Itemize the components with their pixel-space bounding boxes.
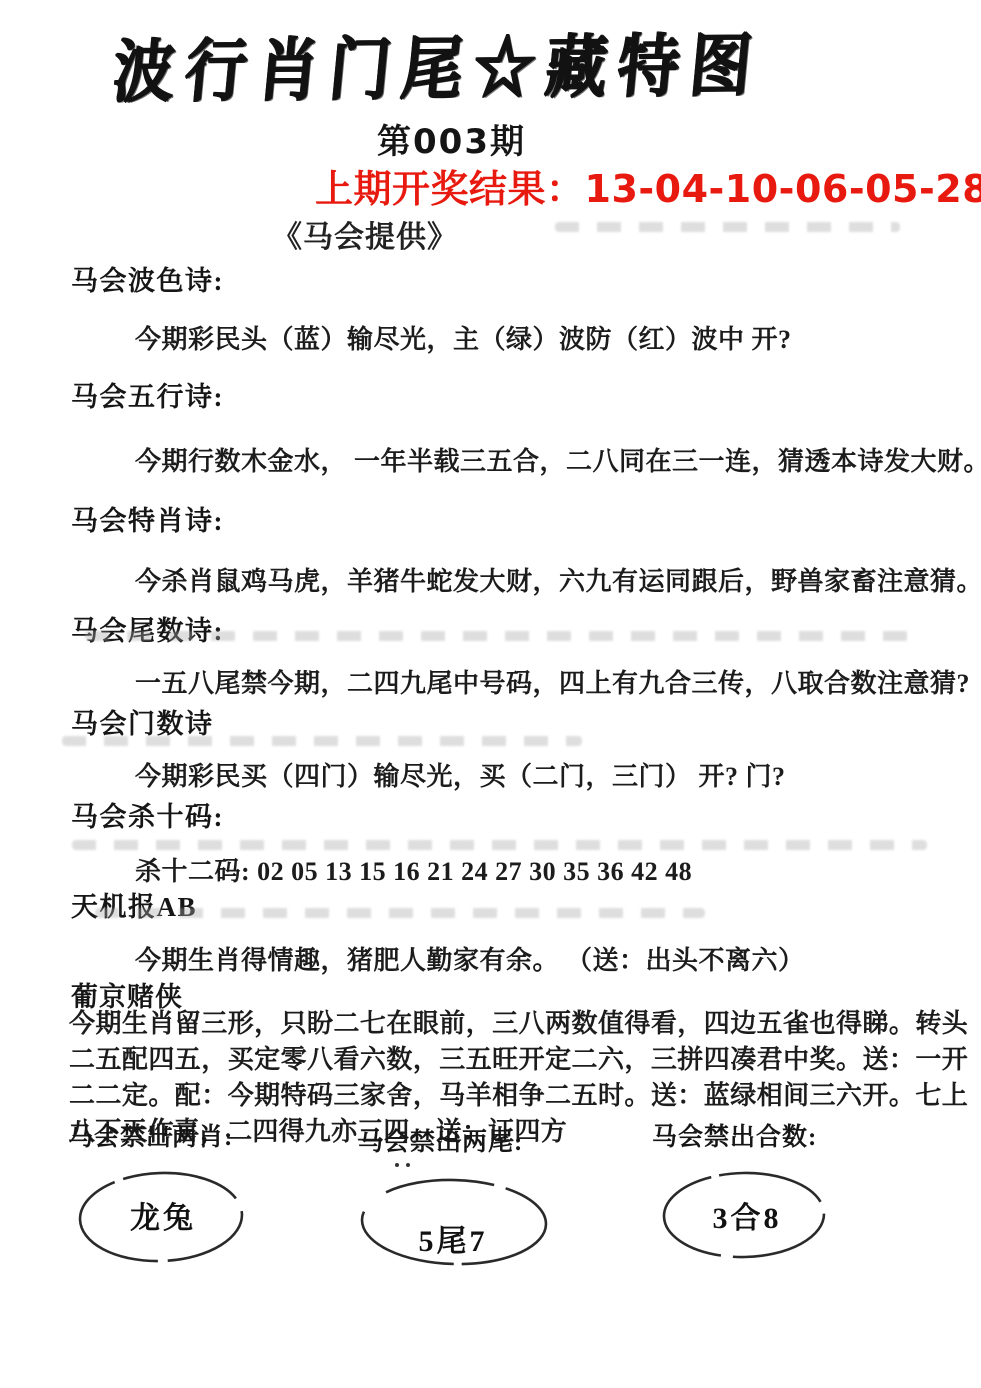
hand-drawn-oval: 3合8 (652, 1167, 852, 1267)
forbidden-tail-value: 5尾7 (358, 1176, 548, 1286)
section-poem-wuxing: 今期行数木金水， 一年半载三五合，二八同在三一连，猜透本诗发大财。 解（？） (135, 441, 981, 478)
section-poem-texiao: 今杀肖鼠鸡马虎，羊猪牛蛇发大财，六九有运同跟后，野兽家畜注意猜。 开? (135, 561, 981, 598)
section-heading-bose: 马会波色诗: (71, 259, 224, 298)
whiteout-smudge (555, 222, 900, 232)
section-poem-menshu: 今期彩民买（四门）输尽光，买（二门，三门） 开? 门? (135, 756, 786, 793)
forbidden-tail-label: 马会禁出两尾: (358, 1122, 568, 1158)
forbidden-zodiac-label: 马会禁出两肖: (68, 1117, 278, 1153)
section-heading-tianjibao: 天机报AB (71, 885, 197, 924)
issue-number: 第003期 (377, 114, 526, 163)
section-poem-tianjibao: 今期生肖得情趣，猪肥人勤家有余。 （送：出头不离六） (135, 940, 805, 977)
forbidden-sum-block: 马会禁出合数: 3合8 (652, 1117, 862, 1277)
forbidden-zodiac-value: 龙兔 (68, 1167, 258, 1263)
hand-drawn-oval: 5尾7 (358, 1176, 558, 1276)
whiteout-smudge (95, 908, 705, 918)
forbidden-sum-value: 3合8 (652, 1167, 842, 1263)
kill-numbers-line: 杀十二码: 02 05 13 15 16 21 24 27 30 35 36 4… (135, 851, 692, 888)
section-heading-weishu: 马会尾数诗: (71, 609, 224, 648)
section-heading-shashima: 马会杀十码: (71, 795, 224, 834)
forbidden-tail-block: 马会禁出两尾: 5尾7 (358, 1122, 568, 1282)
section-heading-wuxing: 马会五行诗: (71, 375, 224, 414)
forbidden-zodiac-block: 马会禁出两肖: 龙兔 (68, 1117, 278, 1277)
whiteout-smudge (62, 736, 582, 746)
forbidden-sum-label: 马会禁出合数: (652, 1117, 862, 1153)
section-poem-weishu: 一五八尾禁今期，二四九尾中号码，四上有九合三传，八取合数注意猜? (135, 663, 970, 700)
whiteout-smudge (72, 840, 927, 850)
provider-note: 《马会提供》 (272, 212, 458, 256)
lottery-tip-sheet: 波行肖门尾☆藏特图 第003期 上期开奖结果：13-04-10-06-05-28… (0, 0, 981, 1388)
section-poem-bose: 今期彩民头（蓝）输尽光，主（绿）波防（红）波中 开? (135, 319, 792, 356)
hand-drawn-oval: 龙兔 (68, 1167, 268, 1267)
page-title: 波行肖门尾☆藏特图 (109, 10, 839, 115)
whiteout-smudge (85, 631, 925, 641)
last-draw-result: 上期开奖结果：13-04-10-06-05-28 特37 (315, 158, 981, 213)
section-heading-texiao: 马会特肖诗: (71, 499, 224, 538)
